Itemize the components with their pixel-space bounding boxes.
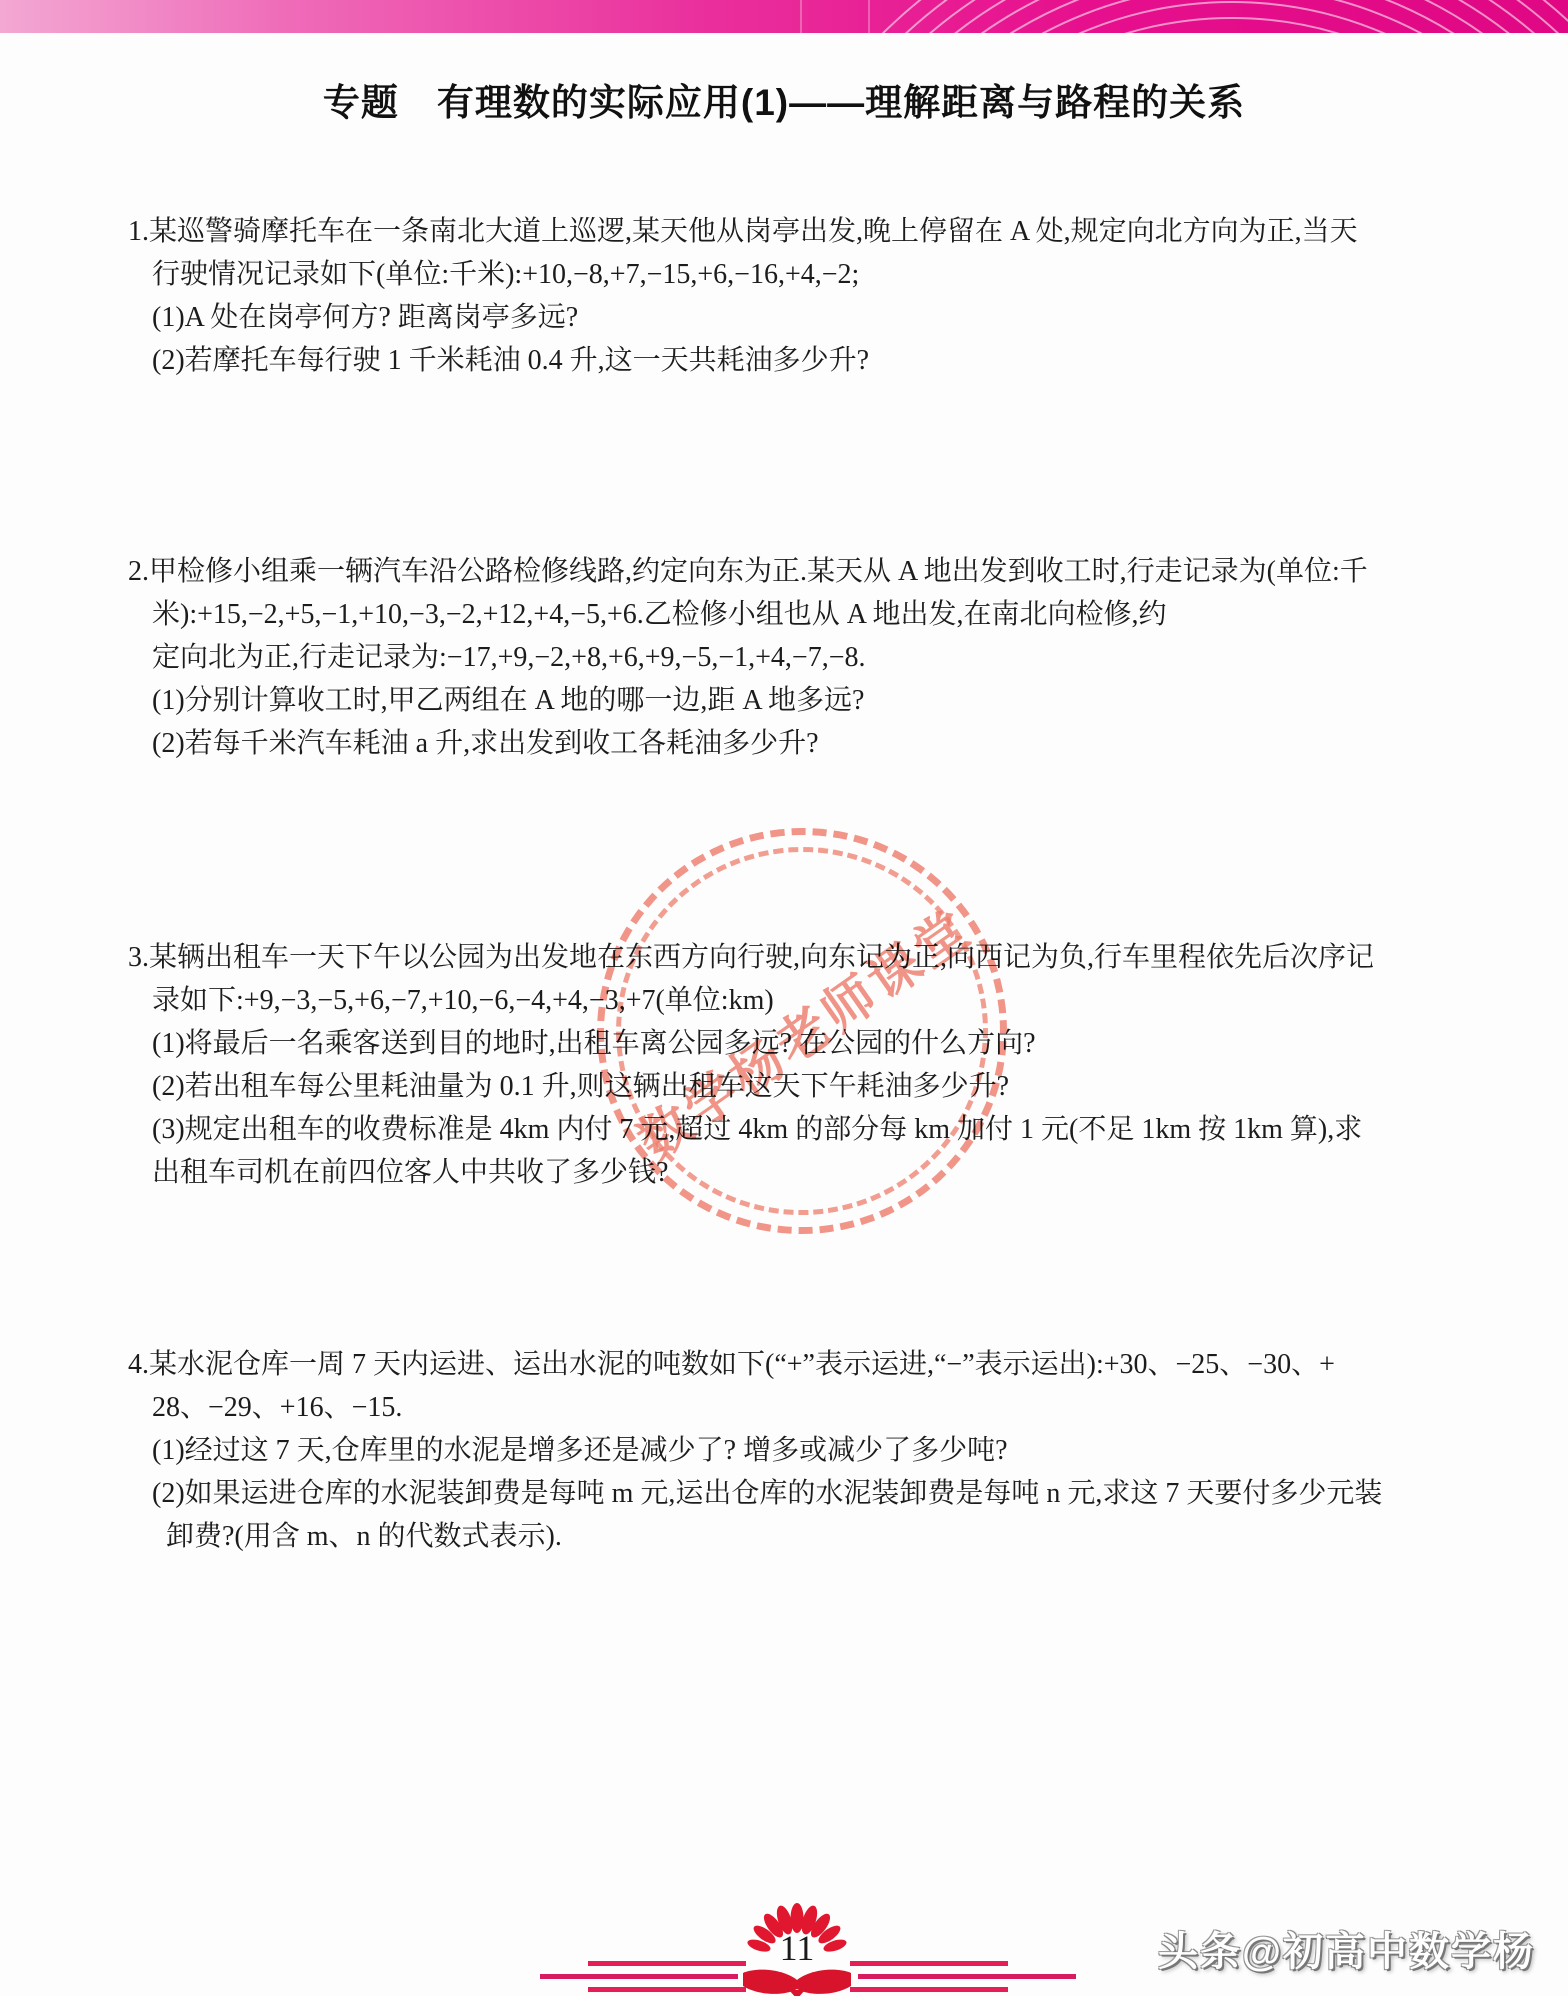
problem-4-question-2: (2)如果运进仓库的水泥装卸费是每吨 m 元,运出仓库的水泥装卸费是每吨 n 元… <box>0 1472 1568 1515</box>
problem-1-question-2: (2)若摩托车每行驶 1 千米耗油 0.4 升,这一天共耗油多少升? <box>0 339 1568 382</box>
worksheet-page: 专题 有理数的实际应用(1)——理解距离与路程的关系 1.某巡警骑摩托车在一条南… <box>0 0 1568 1996</box>
problem-2-question-2: (2)若每千米汽车耗油 a 升,求出发到收工各耗油多少升? <box>0 722 1568 765</box>
problem-1-line-2: 行驶情况记录如下(单位:千米):+10,−8,+7,−15,+6,−16,+4,… <box>0 253 1568 296</box>
problem-1: 1.某巡警骑摩托车在一条南北大道上巡逻,某天他从岗亭出发,晚上停留在 A 处,规… <box>0 210 1568 382</box>
problem-3-line-2: 录如下:+9,−3,−5,+6,−7,+10,−6,−4,+4,−3,+7(单位… <box>0 979 1568 1022</box>
toutiao-watermark: 头条@初高中数学杨 <box>1158 1920 1558 1977</box>
top-banner <box>0 0 1568 33</box>
problem-2: 2.甲检修小组乘一辆汽车沿公路检修线路,约定向东为正.某天从 A 地出发到收工时… <box>0 550 1568 765</box>
problem-2-question-1: (1)分别计算收工时,甲乙两组在 A 地的哪一边,距 A 地多远? <box>0 679 1568 722</box>
problem-3-question-3: (3)规定出租车的收费标准是 4km 内付 7 元,超过 4km 的部分每 km… <box>0 1108 1568 1151</box>
footer-rule-left-bottom <box>588 1987 746 1992</box>
banner-divider <box>868 0 870 33</box>
problem-1-line-1: 1.某巡警骑摩托车在一条南北大道上巡逻,某天他从岗亭出发,晚上停留在 A 处,规… <box>0 210 1568 253</box>
problem-2-line-3: 定向北为正,行走记录为:−17,+9,−2,+8,+6,+9,−5,−1,+4,… <box>0 636 1568 679</box>
footer-rule-right-bottom <box>850 1987 1008 1992</box>
problem-2-line-2: 米):+15,−2,+5,−1,+10,−3,−2,+12,+4,−5,+6.乙… <box>0 593 1568 636</box>
footer-rule-left-middle <box>540 1974 738 1979</box>
problem-4-question-2-cont: 卸费?(用含 m、n 的代数式表示). <box>0 1515 1568 1558</box>
problem-3-line-1: 3.某辆出租车一天下午以公园为出发地在东西方向行驶,向东记为正,向西记为负,行车… <box>0 936 1568 979</box>
problem-4-line-1: 4.某水泥仓库一周 7 天内运进、运出水泥的吨数如下(“+”表示运进,“−”表示… <box>0 1343 1568 1386</box>
footer-rule-left-top <box>588 1961 746 1966</box>
banner-arc <box>734 0 1568 33</box>
problem-3: 3.某辆出租车一天下午以公园为出发地在东西方向行驶,向东记为正,向西记为负,行车… <box>0 936 1568 1194</box>
footer-rule-right-top <box>850 1961 1008 1966</box>
footer-rule-right-middle <box>858 1974 1076 1979</box>
problem-3-question-2: (2)若出租车每公里耗油量为 0.1 升,则这辆出租车这天下午耗油多少升? <box>0 1065 1568 1108</box>
problem-3-question-1: (1)将最后一名乘客送到目的地时,出租车离公园多远? 在公园的什么方向? <box>0 1022 1568 1065</box>
problem-3-question-3-cont: 出租车司机在前四位客人中共收了多少钱? <box>0 1151 1568 1194</box>
problem-1-question-1: (1)A 处在岗亭何方? 距离岗亭多远? <box>0 296 1568 339</box>
footer-open-book-icon <box>737 1966 857 1996</box>
problem-4-line-2: 28、−29、+16、−15. <box>0 1386 1568 1429</box>
problem-2-line-1: 2.甲检修小组乘一辆汽车沿公路检修线路,约定向东为正.某天从 A 地出发到收工时… <box>0 550 1568 593</box>
banner-divider <box>800 0 802 33</box>
problem-4-question-1: (1)经过这 7 天,仓库里的水泥是增多还是减少了? 增多或减少了多少吨? <box>0 1429 1568 1472</box>
problem-4: 4.某水泥仓库一周 7 天内运进、运出水泥的吨数如下(“+”表示运进,“−”表示… <box>0 1343 1568 1558</box>
page-title: 专题 有理数的实际应用(1)——理解距离与路程的关系 <box>0 72 1568 126</box>
page-number: 11 <box>757 1928 837 1968</box>
